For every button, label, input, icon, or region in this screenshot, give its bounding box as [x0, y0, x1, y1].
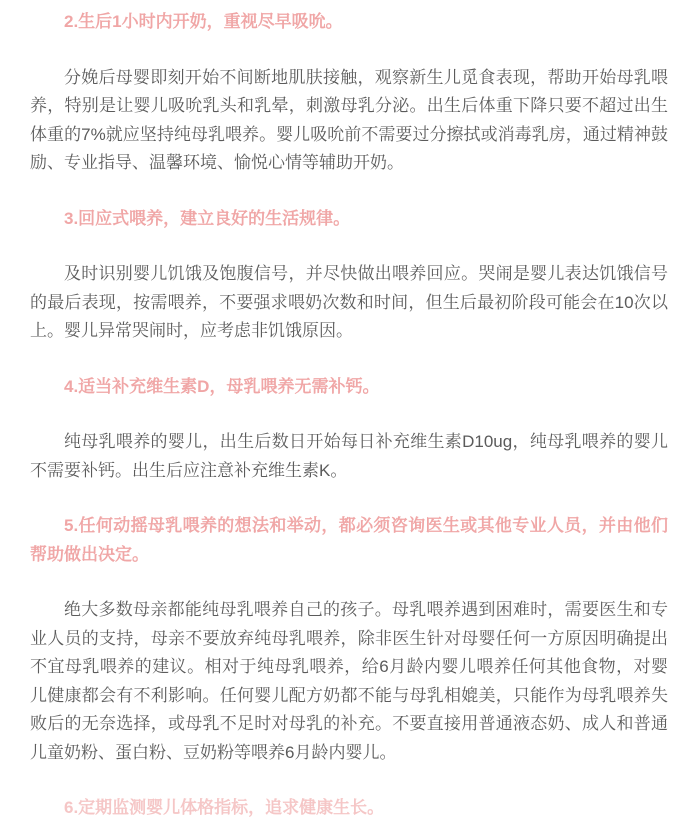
section-3-paragraph: 及时识别婴儿饥饿及饱腹信号，并尽快做出喂养回应。哭闹是婴儿表达饥饿信号的最后表现…	[30, 260, 668, 346]
section-4-heading: 4.适当补充维生素D，母乳喂养无需补钙。	[30, 373, 668, 402]
section-6-heading: 6.定期监测婴儿体格指标，追求健康生长。	[30, 794, 668, 823]
section-2-heading: 2.生后1小时内开奶，重视尽早吸吮。	[30, 8, 668, 37]
section-2-paragraph: 分娩后母婴即刻开始不间断地肌肤接触，观察新生儿觅食表现，帮助开始母乳喂养，特别是…	[30, 64, 668, 178]
section-5-heading: 5.任何动摇母乳喂养的想法和举动，都必须咨询医生或其他专业人员，并由他们帮助做出…	[30, 512, 668, 569]
section-5-paragraph: 绝大多数母亲都能纯母乳喂养自己的孩子。母乳喂养遇到困难时，需要医生和专业人员的支…	[30, 596, 668, 767]
section-3-heading: 3.回应式喂养，建立良好的生活规律。	[30, 205, 668, 234]
article: 2.生后1小时内开奶，重视尽早吸吮。 分娩后母婴即刻开始不间断地肌肤接触，观察新…	[0, 0, 697, 837]
section-4-paragraph: 纯母乳喂养的婴儿，出生后数日开始每日补充维生素D10ug，纯母乳喂养的婴儿不需要…	[30, 428, 668, 485]
